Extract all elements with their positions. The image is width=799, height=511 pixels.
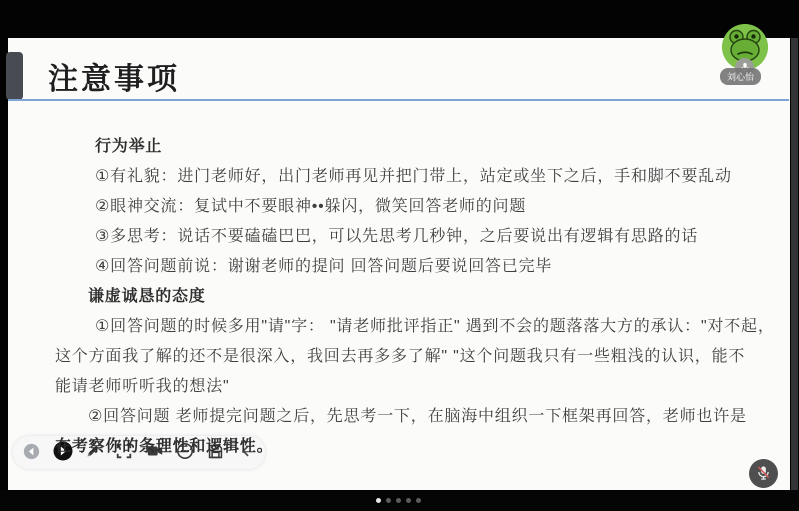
slide-right-edge: [791, 38, 798, 490]
slide-text-line: ④回答问题前说：谢谢老师的提问 回答问题后要说回答已完毕: [95, 253, 552, 276]
prev-button[interactable]: [22, 442, 42, 464]
mic-mute-button[interactable]: [749, 459, 778, 488]
slide-text-line: ②眼神交流：复试中不要眼神••躲闪，微笑回答老师的问题: [95, 193, 526, 216]
pagination-dot: [386, 498, 391, 503]
prev-arrow-icon: [23, 443, 40, 463]
pagination-dot: [416, 498, 421, 503]
slide-text-line: 能请老师听听我的想法": [55, 373, 229, 396]
participant-name: 刘心怡: [720, 68, 761, 85]
section-heading: 行为举止: [95, 133, 162, 156]
participant-tile[interactable]: 刘心怡: [719, 22, 771, 82]
slide-text-line: ①有礼貌：进门老师好，出门老师再见并把门带上，站定或坐下之后，手和脚不要乱动: [95, 163, 732, 186]
title-tab-marker: [6, 52, 23, 100]
section-heading: 谦虚诚恳的态度: [88, 283, 206, 306]
mic-muted-icon: [756, 465, 771, 483]
slide-text-line: ③多思考：说话不要磕磕巴巴，可以先思考几秒钟，之后要说出有逻辑有思路的话: [95, 223, 698, 246]
meeting-window: 注意事项 行为举止 ①有礼貌：进门老师好，出门老师再见并把门带上，站定或坐下之后…: [0, 0, 799, 511]
pagination-dot: [406, 498, 411, 503]
pagination-dot: [376, 498, 381, 503]
slide-title: 注意事项: [48, 54, 180, 98]
slide-text-line: 这个方面我了解的还不是很深入，我回去再多多了解" "这个问题我只有一些粗浅的认识…: [55, 343, 745, 366]
slide-text-line: ②回答问题 老师提完问题之后，先思考一下，在脑海中组织一下框架再回答，老师也许是: [88, 403, 747, 426]
slide-pagination: [376, 498, 421, 503]
title-underline: [8, 99, 789, 101]
bottom-bar: [0, 490, 799, 511]
pagination-dot: [396, 498, 401, 503]
slide-text-line: 在考察你的条理性和逻辑性。: [55, 433, 273, 456]
slide-text-line: ①回答问题的时候多用"请"字： "请老师批评指正" 遇到不会的题落落大方的承认：…: [95, 313, 775, 336]
